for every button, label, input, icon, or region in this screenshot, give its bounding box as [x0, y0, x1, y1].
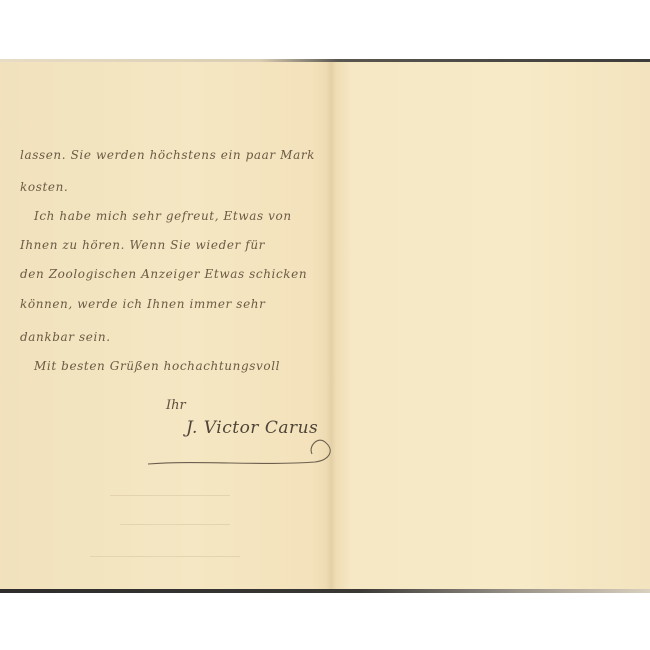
closing-word: Ihr [166, 398, 186, 413]
bottom-edge-shadow [0, 589, 650, 593]
letter-line: können, werde ich Ihnen immer sehr [20, 297, 265, 311]
letter-line: Ihnen zu hören. Wenn Sie wieder für [20, 238, 265, 252]
letter-line: lassen. Sie werden höchstens ein paar Ma… [20, 148, 315, 162]
letter-line: Ich habe mich sehr gefreut, Etwas von [34, 209, 292, 223]
signature-flourish-icon [140, 432, 340, 472]
letter-line: kosten. [20, 180, 68, 194]
bleed-through-mark [90, 556, 240, 557]
letter-line: Mit besten Grüßen hochachtungsvoll [34, 359, 280, 373]
right-page [332, 62, 650, 589]
letter-line: dankbar sein. [20, 330, 111, 344]
bleed-through-mark [110, 495, 230, 496]
letter-line: den Zoologischen Anzeiger Etwas schicken [20, 267, 307, 281]
left-page: lassen. Sie werden höchstens ein paar Ma… [0, 62, 330, 589]
bleed-through-mark [120, 524, 230, 525]
